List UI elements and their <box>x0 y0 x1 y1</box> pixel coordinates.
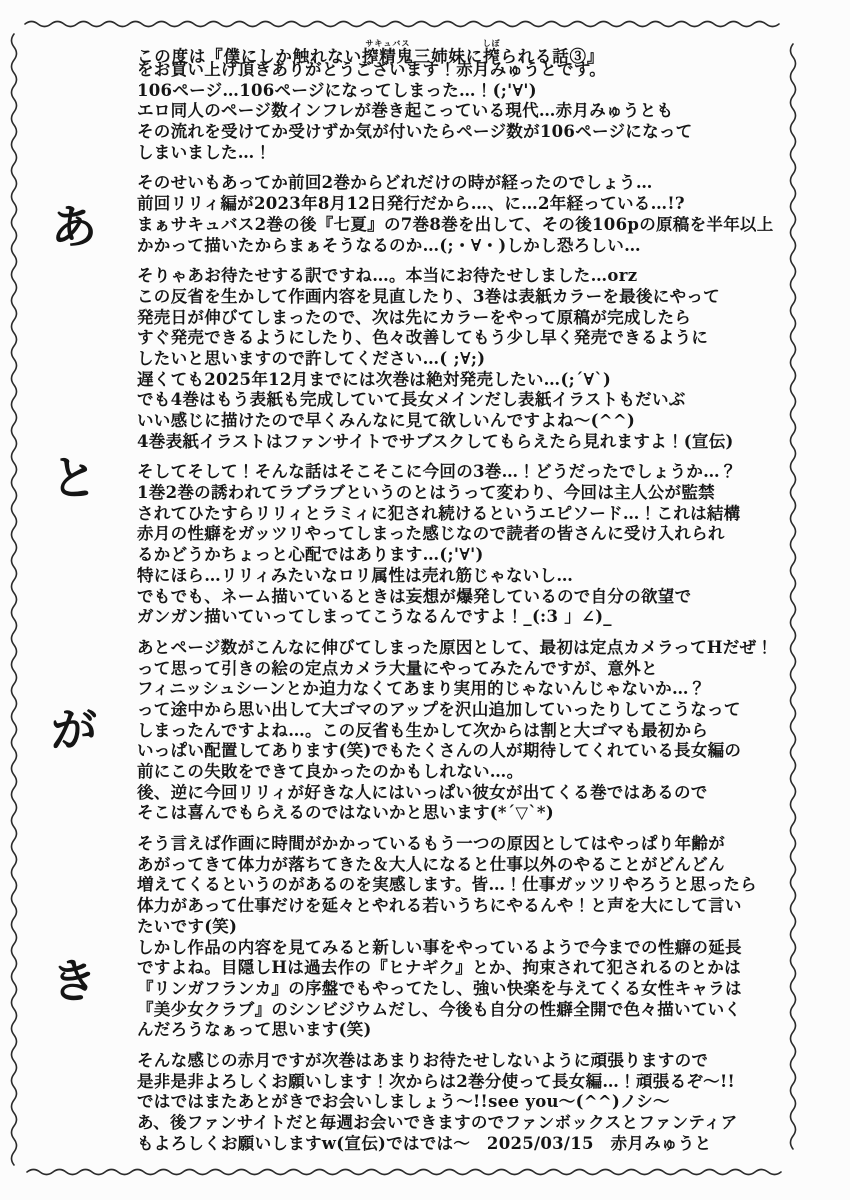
title-char-a: あ <box>51 204 97 250</box>
text-line: って途中から思い出して大ゴマのアップを沢山追加していったりしてこうなって <box>137 700 762 721</box>
book-title-line: この度は『僕にしか触れない搾精鬼サキュバス三姉妹に搾しぼられる話③』 <box>137 38 762 60</box>
text-line: んだろうなぁって思います(笑) <box>137 1020 762 1041</box>
text-line: ガンガン描いていってしまってこうなるんですよ！_(:3 」∠)_ <box>137 607 762 628</box>
text-line: しかし作品の内容を見てみると新しい事をやっているようで今までの性癖の延長 <box>137 938 762 959</box>
text-line: 4巻表紙イラストはファンサイトでサブスクしてもらえたら見れますよ！(宣伝) <box>137 432 762 453</box>
paragraph-4: そしてそして！そんな話はそこそこに今回の3巻…！どうだったでしょうか…？1巻2巻… <box>137 462 762 628</box>
text-line: るかどうかちょっと心配ではあります…(;'∀') <box>137 545 762 566</box>
text-line: 遅くても2025年12月までには次巻は絶対発売したい…(;´∀`) <box>137 370 762 391</box>
text-line: 特にほら…リリィみたいなロリ属性は売れ筋じゃないし… <box>137 566 762 587</box>
text-line: されてひたすらリリィとラミィに犯され続けるというエピソード…！これは結構 <box>137 504 762 525</box>
text-line: この反省を生かして作画内容を見直したり、3巻は表紙カラーを最後にやって <box>137 287 762 308</box>
text-line: ですよね。目隠しHは過去作の『ヒナギク』とか、拘束されて犯されるのとかは <box>137 958 762 979</box>
wavy-border-right <box>791 44 796 1149</box>
text-line: フィニッシュシーンとか迫力なくてあまり実用的じゃないんじゃないか…？ <box>137 679 762 700</box>
text-line: そりゃあお待たせする訳ですね…。本当にお待たせしました…orz <box>137 266 762 287</box>
text-line: 是非是非よろしくお願いします！次からは2巻分使って長女編…！頑張るぞ～!! <box>137 1072 762 1093</box>
text-line: たいです(笑) <box>137 917 762 938</box>
text-line: 発売日が伸びてしまったので、次は先にカラーをやって原稿が完成したら <box>137 308 762 329</box>
text-line: あ、後ファンサイトだと毎週お会いできますのでファンボックスとファンティア <box>137 1113 762 1134</box>
text-line: いっぱい配置してあります(笑)でもたくさんの人が期待してくれている長女編の <box>137 741 762 762</box>
text-line: すぐ発売できるようにしたり、色々改善してもう少し早く発売できるように <box>137 328 762 349</box>
text-line: そしてそして！そんな話はそこそこに今回の3巻…！どうだったでしょうか…？ <box>137 462 762 483</box>
text-line: ではではまたあとがきでお会いしましょう～!!see you～(^^)ノシ～ <box>137 1092 762 1113</box>
text-line: あがってきて体力が落ちてきた＆大人になると仕事以外のやることがどんどん <box>137 855 762 876</box>
wavy-border-left <box>12 34 17 1165</box>
paragraph-1: この度は『僕にしか触れない搾精鬼サキュバス三姉妹に搾しぼられる話③』 をお買い上… <box>137 38 762 163</box>
text-line: そこは喜んでもらえるのではないかと思います(*´▽`*) <box>137 803 762 824</box>
text-line: かかって描いたからまぁそうなるのか…(;・∀・)しかし恐ろしい… <box>137 236 762 257</box>
text-line: まぁサキュバス2巻の後『七夏』の7巻8巻を出して、その後106pの原稿を半年以上 <box>137 215 762 236</box>
afterword-page: あ と が き この度は『僕にしか触れない搾精鬼サキュバス三姉妹に搾しぼられる話… <box>0 0 850 1200</box>
title-char-ga: が <box>51 707 97 753</box>
text-line: その流れを受けてか受けずか気が付いたらページ数が106ページになって <box>137 122 762 143</box>
title-char-ki: き <box>51 958 97 1004</box>
text-line: 赤月の性癖をガッツリやってしまった感じなので読者の皆さんに受け入れられ <box>137 524 762 545</box>
afterword-content: この度は『僕にしか触れない搾精鬼サキュバス三姉妹に搾しぼられる話③』 をお買い上… <box>137 30 762 1154</box>
paragraph-5: あとページ数がこんなに伸びてしまった原因として、最初は定点カメラってHだぜ！って… <box>137 638 762 824</box>
text-line: って思って引きの絵の定点カメラ大量にやってみたんですが、意外と <box>137 659 762 680</box>
paragraph-3: そりゃあお待たせする訳ですね…。本当にお待たせしました…orzこの反省を生かして… <box>137 266 762 452</box>
paragraph-6: そう言えば作画に時間がかかっているもう一つの原因としてはやっぱり年齢があがってき… <box>137 834 762 1041</box>
text-line: しまったんですよね…。この反省も生かして次からは割と大ゴマも最初から <box>137 721 762 742</box>
paragraph-1-lines: をお買い上げ頂きありがとうございます！赤月みゅうとです。106ページ…106ペー… <box>137 60 762 163</box>
text-line: しまいました…！ <box>137 143 762 164</box>
text-line: いい感じに描けたので早くみんなに見て欲しいんですよね～(^^) <box>137 411 762 432</box>
paragraph-7-signature: そんな感じの赤月ですが次巻はあまりお待たせしないように頑張りますので是非是非よろ… <box>137 1051 762 1154</box>
wavy-border-top <box>25 22 779 27</box>
text-line: 1巻2巻の誘われてラブラブというのとはうって変わり、今回は主人公が監禁 <box>137 483 762 504</box>
text-line: 増えてくるというのがあるのを実感します。皆…！仕事ガッツリやろうと思ったら <box>137 875 762 896</box>
text-line: そう言えば作画に時間がかかっているもう一つの原因としてはやっぱり年齢が <box>137 834 762 855</box>
text-line: 後、逆に今回リリィが好きな人にはいっぱい彼女が出てくる巻ではあるので <box>137 783 762 804</box>
text-line: でも4巻はもう表紙も完成していて長女メインだし表紙イラストもだいぶ <box>137 390 762 411</box>
text-line: 前回リリィ編が2023年8月12日発行だから…、に…2年経っている…!? <box>137 194 762 215</box>
wavy-border-bottom <box>27 1170 781 1175</box>
text-line: あとページ数がこんなに伸びてしまった原因として、最初は定点カメラってHだぜ！ <box>137 638 762 659</box>
text-line: をお買い上げ頂きありがとうございます！赤月みゅうとです。 <box>137 60 762 81</box>
text-line: したいと思いますので許してください…( ;∀;) <box>137 349 762 370</box>
text-line: エロ同人のページ数インフレが巻き起こっている現代…赤月みゅうとも <box>137 101 762 122</box>
furigana-shibo: しぼ <box>483 38 501 48</box>
text-line: でもでも、ネーム描いているときは妄想が爆発しているので自分の欲望で <box>137 587 762 608</box>
text-line: 106ページ…106ページになってしまった…！(;'∀') <box>137 81 762 102</box>
text-line: 『リンガフランカ』の序盤でもやってたし、強い快楽を与えてくる女性キャラは <box>137 979 762 1000</box>
text-line: 『美少女クラブ』のシンビジウムだし、今後も自分の性癖全開で色々描いていく <box>137 1000 762 1021</box>
paragraph-2: そのせいもあってか前回2巻からどれだけの時が経ったのでしょう…前回リリィ編が20… <box>137 173 762 256</box>
text-line: そんな感じの赤月ですが次巻はあまりお待たせしないように頑張りますので <box>137 1051 762 1072</box>
title-char-to: と <box>51 455 97 501</box>
page-title-atogaki: あ と が き <box>46 204 102 1004</box>
text-line: そのせいもあってか前回2巻からどれだけの時が経ったのでしょう… <box>137 173 762 194</box>
text-line: 前にこの失敗をできて良かったのかもしれない…。 <box>137 762 762 783</box>
text-line: もよろしくお願いしますw(宣伝)ではでは～ 2025/03/15 赤月みゅうと <box>137 1134 762 1155</box>
text-line: 体力があって仕事だけを延々とやれる若いうちにやるんや！と声を大にして言い <box>137 896 762 917</box>
furigana-sakyubasu: サキュバス <box>362 38 414 48</box>
